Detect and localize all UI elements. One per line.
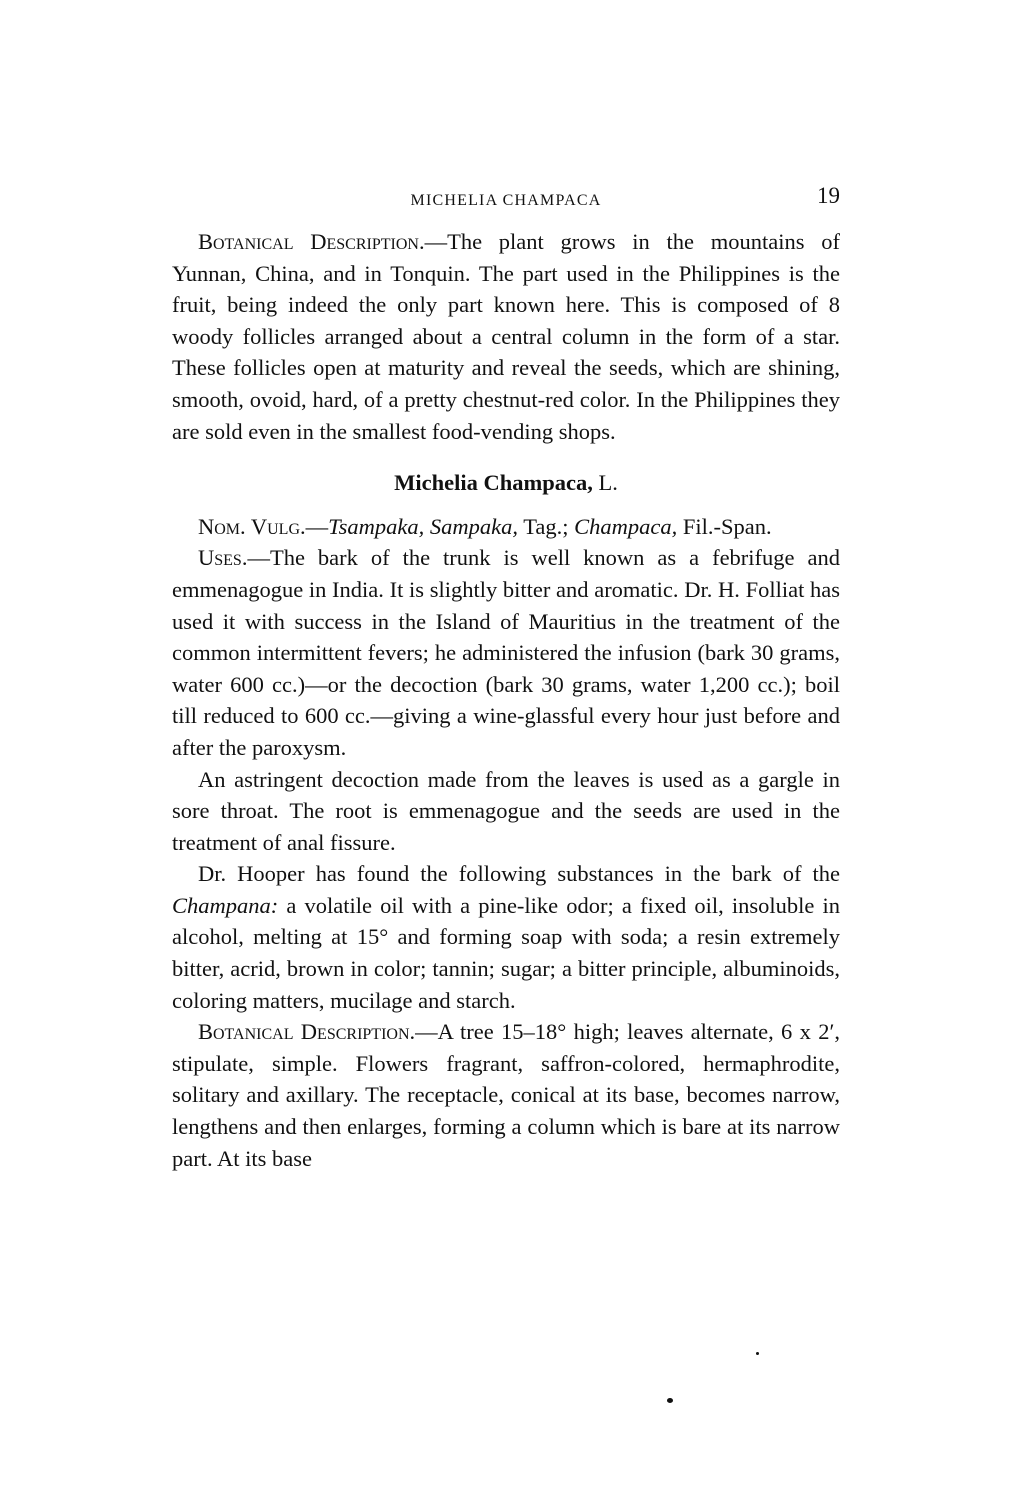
section-label: Botanical Description. [198,1019,415,1044]
running-head: MICHELIA CHAMPACA 19 [172,180,840,210]
page-number: 19 [817,180,840,212]
language-tag: Fil.-Span. [683,514,772,539]
section-label: Nom. Vulg. [198,514,306,539]
paragraph-text: Dr. Hooper has found the following subst… [198,861,840,886]
vernacular-name: Champaca, [574,514,677,539]
plant-name: Champana: [172,893,278,918]
paragraph-nom-vulg: Nom. Vulg.—Tsampaka, Sampaka, Tag.; Cham… [172,511,840,543]
vernacular-name: Sampaka, [430,514,518,539]
book-page: MICHELIA CHAMPACA 19 Botanical Descripti… [172,180,840,1174]
species-name: Michelia Champaca, [394,470,593,495]
running-head-title: MICHELIA CHAMPACA [172,185,840,217]
paragraph-astringent: An astringent decoction made from the le… [172,764,840,859]
section-label: Botanical Description. [198,229,425,254]
paragraph-hooper: Dr. Hooper has found the following subst… [172,858,840,1016]
print-speck [667,1398,673,1403]
species-author: L. [598,470,617,495]
vernacular-name: Tsampaka, [328,514,424,539]
section-label: Uses. [198,545,247,570]
paragraph-uses: Uses.—The bark of the trunk is well know… [172,542,840,763]
print-speck [756,1352,759,1355]
paragraph-prev-botanical-description: Botanical Description.—The plant grows i… [172,226,840,447]
species-heading: Michelia Champaca, L. [172,467,840,499]
dash: — [306,514,329,539]
language-tag: Tag.; [523,514,568,539]
paragraph-botanical-description: Botanical Description.—A tree 15–18° hig… [172,1016,840,1174]
paragraph-text: —The plant grows in the mountains of Yun… [172,229,840,444]
paragraph-text: —The bark of the trunk is well known as … [172,545,840,760]
